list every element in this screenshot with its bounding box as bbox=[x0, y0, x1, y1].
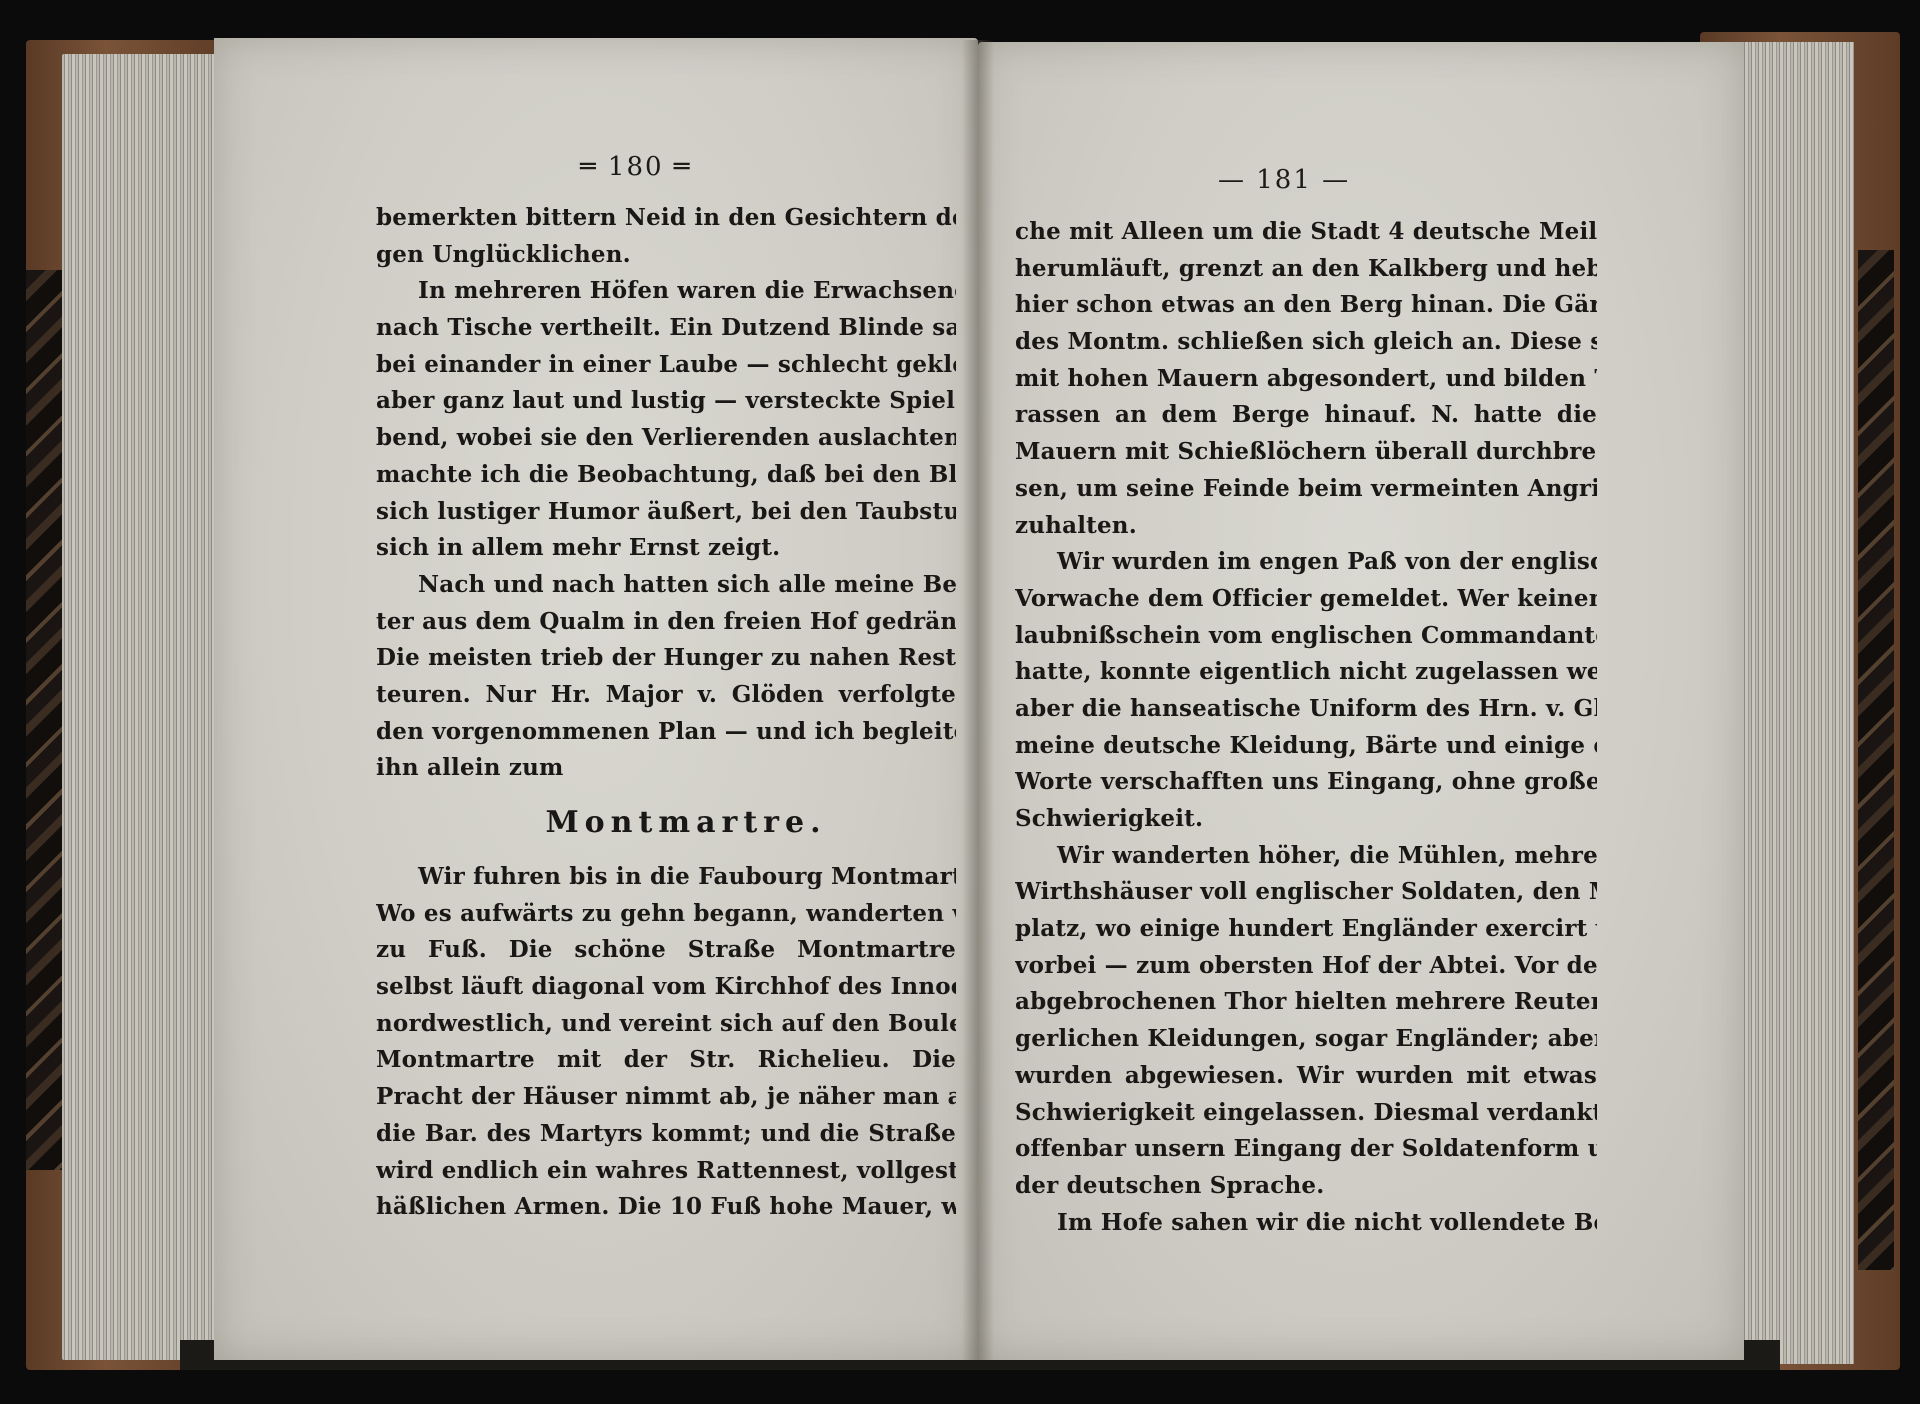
text-line: hatte, konnte eigentlich nicht zugelasse… bbox=[1015, 654, 1597, 691]
text-line: häßlichen Armen. Die 10 Fuß hohe Mauer, … bbox=[376, 1189, 956, 1226]
text-line: sich in allem mehr Ernst zeigt. bbox=[376, 530, 956, 567]
text-line: Pracht der Häuser nimmt ab, je näher man… bbox=[376, 1079, 956, 1116]
page-edges-left bbox=[62, 54, 217, 1360]
text-line: Schwierigkeit eingelassen. Diesmal verda… bbox=[1015, 1095, 1597, 1132]
text-line: Montmartre mit der Str. Richelieu. Die bbox=[376, 1042, 956, 1079]
text-line: Vorwache dem Officier gemeldet. Wer kein… bbox=[1015, 581, 1597, 618]
text-line: nach Tische vertheilt. Ein Dutzend Blind… bbox=[376, 310, 956, 347]
page-number-180: ═ 180 ═ bbox=[580, 152, 691, 182]
text-line: Mauern mit Schießlöchern überall durchbr… bbox=[1015, 434, 1597, 471]
text-line: bei einander in einer Laube — schlecht g… bbox=[376, 347, 956, 384]
text-line: sen, um seine Feinde beim vermeinten Ang… bbox=[1015, 471, 1597, 508]
text-line: ihn allein zum bbox=[376, 750, 956, 787]
text-line: laubnißschein vom englischen Commandante… bbox=[1015, 618, 1597, 655]
text-line: Nach und nach hatten sich alle meine Beg… bbox=[376, 567, 956, 604]
text-line: Wir wurden im engen Paß von der englisch… bbox=[1015, 544, 1597, 581]
right-text-block: che mit Alleen um die Stadt 4 deutsche M… bbox=[1015, 214, 1597, 1241]
text-line: Wir fuhren bis in die Faubourg Montmartr… bbox=[376, 859, 956, 896]
text-line: Die meisten trieb der Hunger zu nahen Re… bbox=[376, 640, 956, 677]
text-line: offenbar unsern Eingang der Soldatenform… bbox=[1015, 1131, 1597, 1168]
text-line: aber ganz laut und lustig — versteckte S… bbox=[376, 383, 956, 420]
text-line: Wo es aufwärts zu gehn begann, wanderten… bbox=[376, 896, 956, 933]
text-line: selbst läuft diagonal vom Kirchhof des I… bbox=[376, 969, 956, 1006]
text-line: den vorgenommenen Plan — und ich begleit… bbox=[376, 714, 956, 751]
text-line: machte ich die Beobachtung, daß bei den … bbox=[376, 457, 956, 494]
left-text-block-before-heading: bemerkten bittern Neid in den Gesichtern… bbox=[376, 200, 956, 787]
text-line: gerlichen Kleidungen, sogar Engländer; a… bbox=[1015, 1021, 1597, 1058]
text-line: die Bar. des Martyrs kommt; und die Stra… bbox=[376, 1116, 956, 1153]
text-line: platz, wo einige hundert Engländer exerc… bbox=[1015, 911, 1597, 948]
right-page-text: che mit Alleen um die Stadt 4 deutsche M… bbox=[1015, 214, 1597, 1241]
text-line: wird endlich ein wahres Rattennest, voll… bbox=[376, 1153, 956, 1190]
text-line: gen Unglücklichen. bbox=[376, 237, 956, 274]
text-line: Schwierigkeit. bbox=[1015, 801, 1597, 838]
book-gutter bbox=[962, 40, 994, 1360]
text-line: bemerkten bittern Neid in den Gesichtern… bbox=[376, 200, 956, 237]
text-line: meine deutsche Kleidung, Bärte und einig… bbox=[1015, 728, 1597, 765]
marbled-board-left bbox=[26, 270, 62, 1170]
text-line: hier schon etwas an den Berg hinan. Die … bbox=[1015, 287, 1597, 324]
text-line: Worte verschafften uns Eingang, ohne gro… bbox=[1015, 764, 1597, 801]
text-line: zu Fuß. Die schöne Straße Montmartre bbox=[376, 932, 956, 969]
left-page-text: bemerkten bittern Neid in den Gesichtern… bbox=[376, 200, 956, 1226]
text-line: nordwestlich, und vereint sich auf den B… bbox=[376, 1006, 956, 1043]
text-line: Wir wanderten höher, die Mühlen, mehrere bbox=[1015, 838, 1597, 875]
text-line: rassen an dem Berge hinauf. N. hatte die bbox=[1015, 397, 1597, 434]
text-line: herumläuft, grenzt an den Kalkberg und h… bbox=[1015, 251, 1597, 288]
text-line: abgebrochenen Thor hielten mehrere Reute… bbox=[1015, 984, 1597, 1021]
text-line: In mehreren Höfen waren die Erwachsenen bbox=[376, 273, 956, 310]
text-line: Im Hofe sahen wir die nicht vollendete B… bbox=[1015, 1205, 1597, 1242]
text-line: vorbei — zum obersten Hof der Abtei. Vor… bbox=[1015, 948, 1597, 985]
text-line: Wirthshäuser voll englischer Soldaten, d… bbox=[1015, 874, 1597, 911]
text-line: aber die hanseatische Uniform des Hrn. v… bbox=[1015, 691, 1597, 728]
text-line: wurden abgewiesen. Wir wurden mit etwas bbox=[1015, 1058, 1597, 1095]
text-line: zuhalten. bbox=[1015, 508, 1597, 545]
page-edges-right bbox=[1742, 42, 1854, 1364]
marbled-board-right bbox=[1858, 250, 1894, 1270]
text-line: bend, wobei sie den Verlierenden auslach… bbox=[376, 420, 956, 457]
page-number-181: — 181 — bbox=[1218, 165, 1350, 195]
text-line: che mit Alleen um die Stadt 4 deutsche M… bbox=[1015, 214, 1597, 251]
text-line: teuren. Nur Hr. Major v. Glöden verfolgt… bbox=[376, 677, 956, 714]
text-line: mit hohen Mauern abgesondert, und bilden… bbox=[1015, 361, 1597, 398]
left-text-block-after-heading: Wir fuhren bis in die Faubourg Montmartr… bbox=[376, 859, 956, 1226]
section-heading-montmartre: Montmartre. bbox=[376, 787, 956, 859]
text-line: des Montm. schließen sich gleich an. Die… bbox=[1015, 324, 1597, 361]
text-line: ter aus dem Qualm in den freien Hof gedr… bbox=[376, 604, 956, 641]
text-line: sich lustiger Humor äußert, bei den Taub… bbox=[376, 494, 956, 531]
text-line: der deutschen Sprache. bbox=[1015, 1168, 1597, 1205]
